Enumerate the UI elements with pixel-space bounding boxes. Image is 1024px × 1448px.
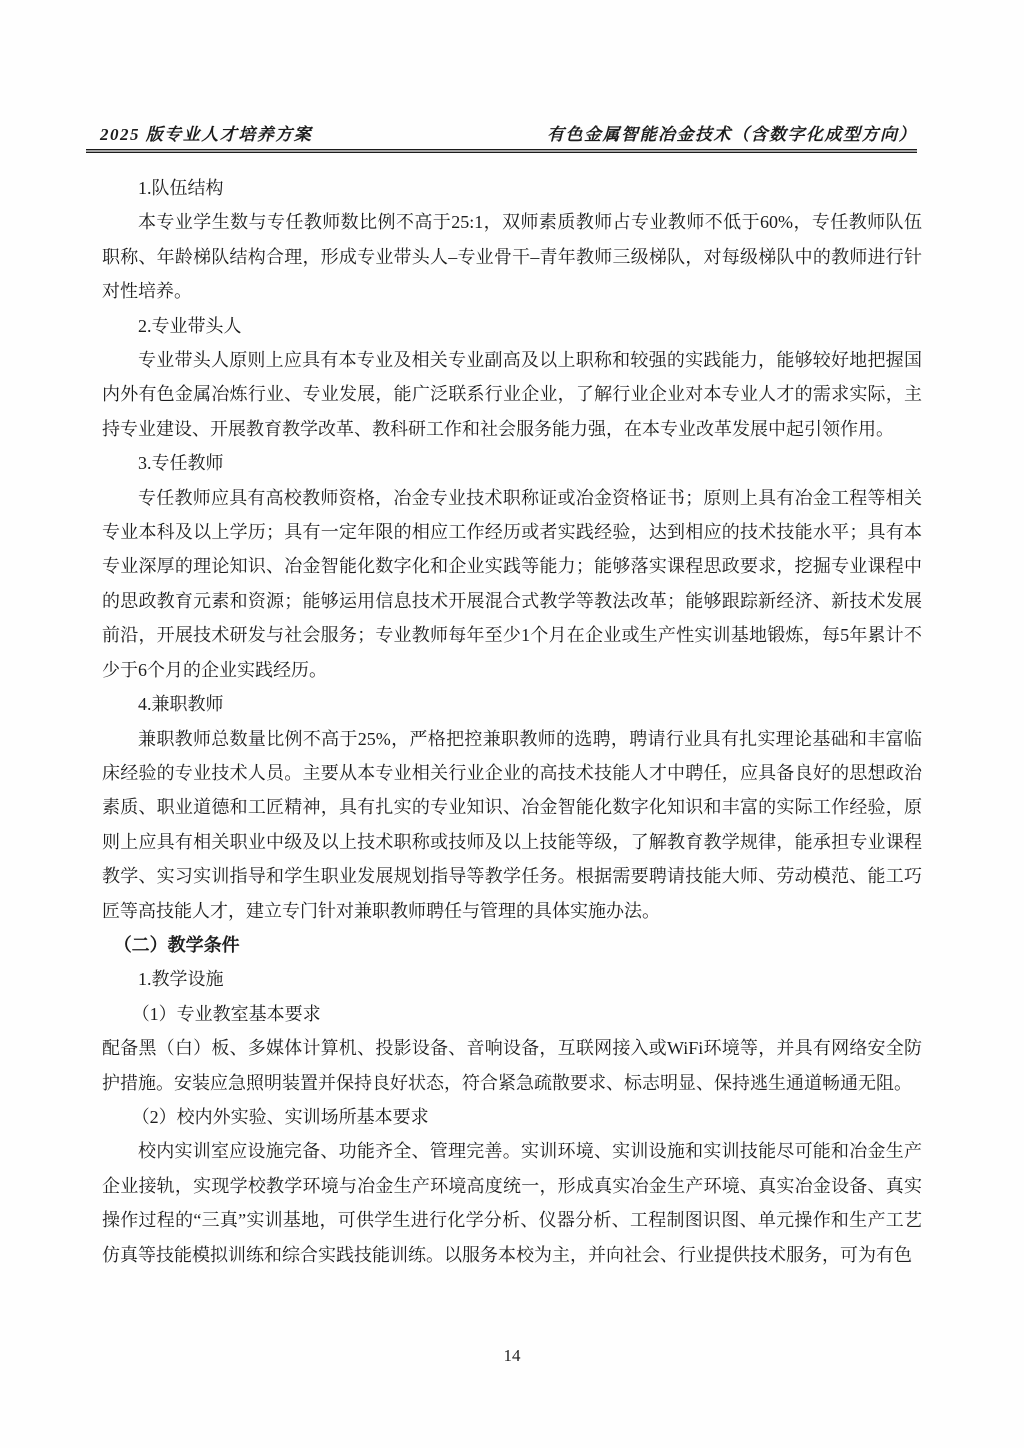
page-header: 2025 版专业人才培养方案 有色金属智能冶金技术（含数字化成型方向） bbox=[86, 120, 917, 153]
header-rule bbox=[86, 149, 917, 153]
paragraph-program-leader: 专业带头人原则上应具有本专业及相关专业副高及以上职称和较强的实践能力，能够较好地… bbox=[102, 343, 922, 446]
section-heading-fulltime-teachers: 3.专任教师 bbox=[102, 446, 922, 480]
section-heading-team-structure: 1.队伍结构 bbox=[102, 171, 922, 205]
header-left-title: 2025 版专业人才培养方案 bbox=[100, 120, 312, 145]
paragraph-training-site-requirements: 校内实训室应设施完备、功能齐全、管理完善。实训环境、实训设施和实训技能尽可能和冶… bbox=[102, 1134, 922, 1272]
subsection-heading-teaching-conditions: （二）教学条件 bbox=[102, 928, 922, 962]
document-body: 1.队伍结构 本专业学生数与专任教师数比例不高于25:1，双师素质教师占专业教师… bbox=[102, 171, 922, 1272]
item-heading-training-site-requirements: （2）校内外实验、实训场所基本要求 bbox=[102, 1100, 922, 1134]
section-heading-teaching-facilities: 1.教学设施 bbox=[102, 962, 922, 996]
section-heading-program-leader: 2.专业带头人 bbox=[102, 309, 922, 343]
header-titles: 2025 版专业人才培养方案 有色金属智能冶金技术（含数字化成型方向） bbox=[86, 120, 917, 145]
paragraph-classroom-requirements: 配备黑（白）板、多媒体计算机、投影设备、音响设备，互联网接入或WiFi环境等，并… bbox=[102, 1031, 922, 1100]
paragraph-parttime-teachers: 兼职教师总数量比例不高于25%，严格把控兼职教师的选聘，聘请行业具有扎实理论基础… bbox=[102, 722, 922, 928]
page-number: 14 bbox=[504, 1346, 521, 1365]
document-page: 2025 版专业人才培养方案 有色金属智能冶金技术（含数字化成型方向） 1.队伍… bbox=[0, 0, 1024, 1448]
paragraph-team-structure: 本专业学生数与专任教师数比例不高于25:1，双师素质教师占专业教师不低于60%，… bbox=[102, 205, 922, 308]
item-heading-classroom-requirements: （1）专业教室基本要求 bbox=[102, 997, 922, 1031]
page-footer: 14 bbox=[0, 1346, 1024, 1366]
header-right-title: 有色金属智能冶金技术（含数字化成型方向） bbox=[547, 120, 917, 145]
paragraph-fulltime-teachers: 专任教师应具有高校教师资格，冶金专业技术职称证或冶金资格证书；原则上具有冶金工程… bbox=[102, 481, 922, 687]
section-heading-parttime-teachers: 4.兼职教师 bbox=[102, 687, 922, 721]
